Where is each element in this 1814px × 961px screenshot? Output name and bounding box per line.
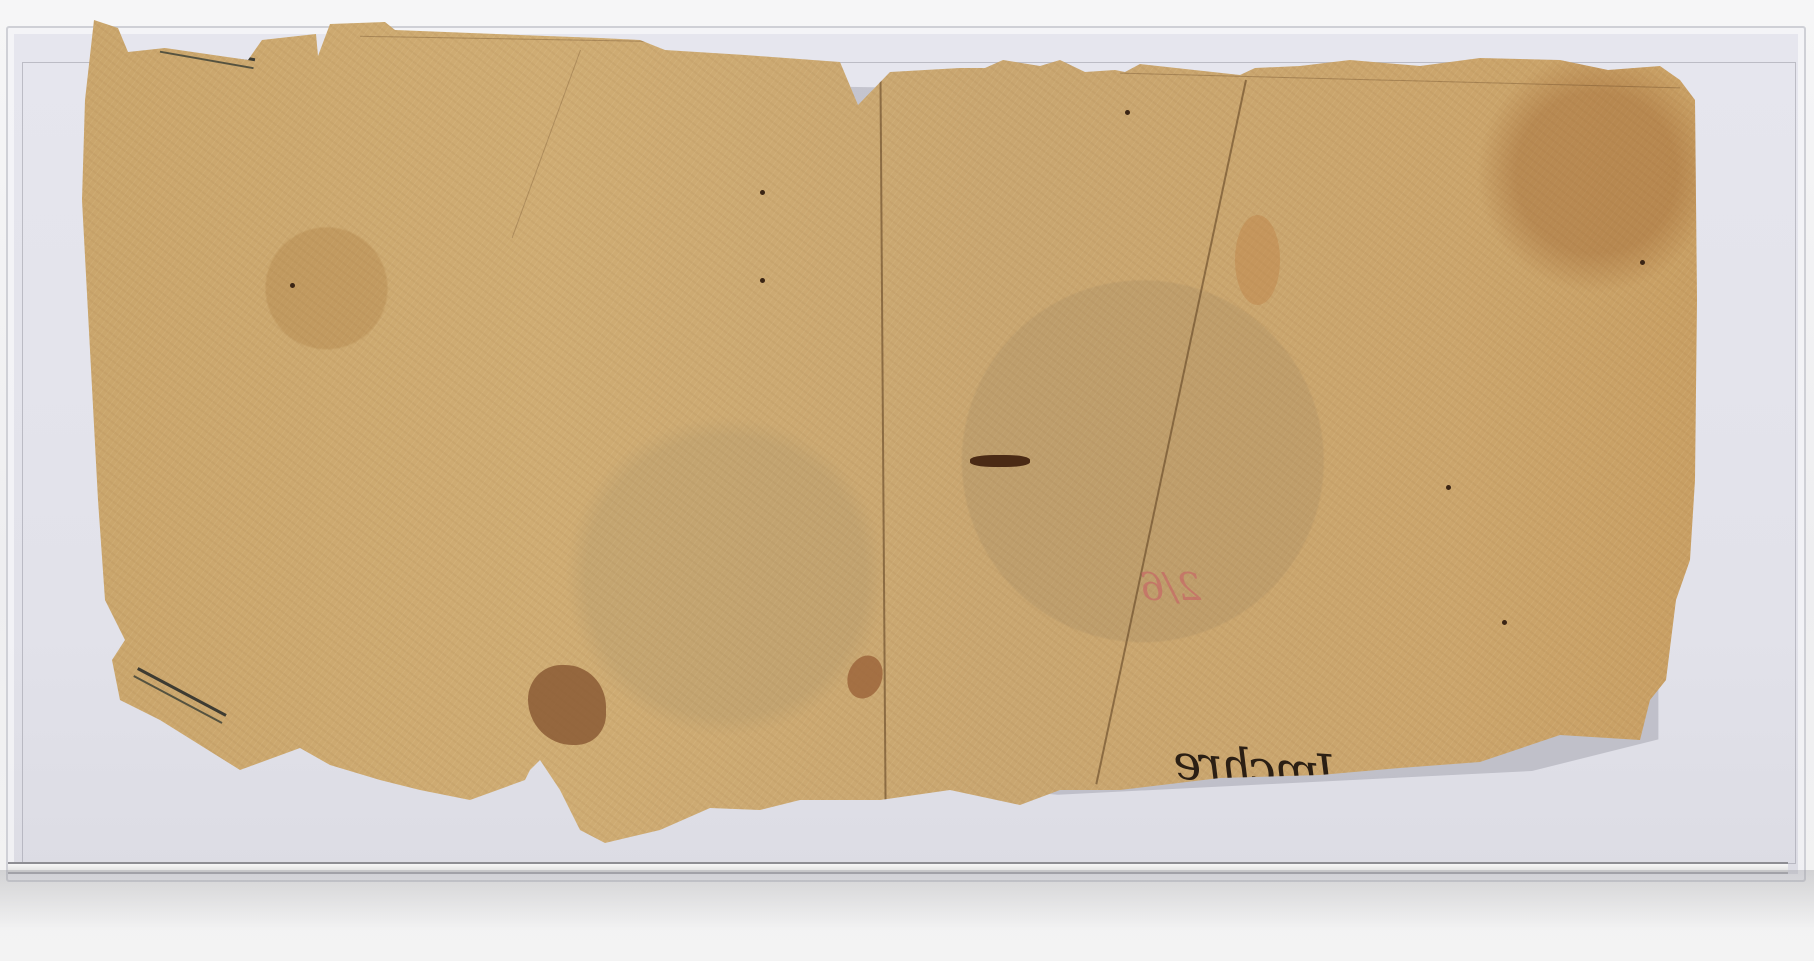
top-border-line-right xyxy=(1120,73,1680,89)
spot xyxy=(760,278,765,283)
ink-blot xyxy=(970,455,1030,467)
faded-stain xyxy=(1235,215,1280,305)
pencil-annotation: 2/6 xyxy=(1140,565,1201,609)
brown-stain-small xyxy=(842,651,889,704)
spot xyxy=(290,283,295,288)
spot xyxy=(1640,260,1645,265)
spot xyxy=(1446,485,1451,490)
crease-left xyxy=(512,50,581,238)
spot xyxy=(1502,620,1507,625)
spot xyxy=(1125,110,1130,115)
sleeve-shadow xyxy=(0,870,1814,930)
brown-stain-large xyxy=(528,665,606,745)
photo-scene: Jmchre 2/6 xyxy=(0,0,1814,961)
fold-line-right xyxy=(1095,80,1247,785)
fold-line-center xyxy=(879,70,886,805)
spot xyxy=(760,190,765,195)
